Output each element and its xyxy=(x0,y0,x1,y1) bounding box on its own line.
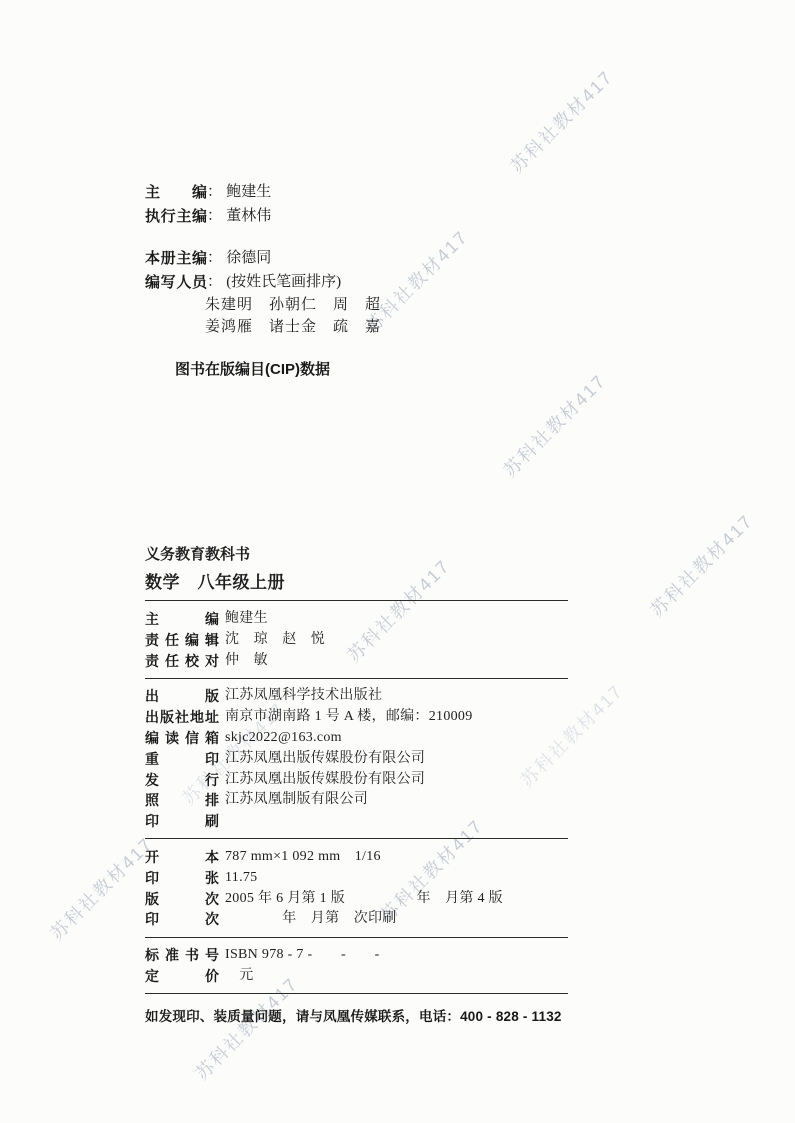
watermark: 苏科社教材417 xyxy=(504,64,619,179)
table-row: 标准书号 ISBN 978 - 7 - - - xyxy=(145,945,568,966)
row-value: 年 月第 次印刷 xyxy=(225,909,397,930)
row-value: (按姓氏笔画排序) xyxy=(226,274,341,290)
row-label: 出版社地址 xyxy=(145,707,219,728)
row-label: 发行 xyxy=(145,770,219,791)
table-row: 发行 江苏凤凰出版传媒股份有限公司 xyxy=(145,770,568,791)
row-label: 本册主编 xyxy=(145,247,207,270)
row-value: 江苏凤凰出版传媒股份有限公司 xyxy=(225,749,425,770)
chief-editor-row: 主编： 鲍建生 xyxy=(145,180,565,204)
row-value: 元 xyxy=(225,966,254,987)
row-label: 标准书号 xyxy=(145,945,219,966)
book-title: 数学 八年级上册 xyxy=(145,573,568,593)
printing-section: 开本 787 mm×1 092 mm 1/16 印张 11.75 版次 2005… xyxy=(145,839,568,937)
volume-editor-row: 本册主编： 徐德同 xyxy=(145,246,565,270)
row-label: 主编 xyxy=(145,609,219,630)
row-label: 照排 xyxy=(145,790,219,811)
front-credits-block: 主编： 鲍建生 执行主编： 董林伟 本册主编： 徐德同 编写人员： (按姓氏笔画… xyxy=(145,180,565,381)
table-row: 出版社地址 南京市湖南路 1 号 A 楼，邮编：210009 xyxy=(145,707,568,728)
table-row: 责任校对 仲 敏 xyxy=(145,651,568,672)
row-value: 江苏凤凰出版传媒股份有限公司 xyxy=(225,770,425,791)
watermark: 苏科社教材417 xyxy=(644,508,759,623)
row-value: 鲍建生 xyxy=(225,609,268,630)
quality-notice: 如发现印、装质量问题，请与凤凰传媒联系，电话：400 - 828 - 1132 xyxy=(145,1005,568,1025)
row-label: 编读信箱 xyxy=(145,728,219,749)
writer-names-line: 朱建明 孙朝仁 周 超 xyxy=(145,294,565,316)
label-colon: ： xyxy=(207,207,222,224)
label-colon: ： xyxy=(207,249,222,266)
row-value: 2005 年 6 月第 1 版 年 月第 4 版 xyxy=(225,889,503,910)
executive-editor-row: 执行主编： 董林伟 xyxy=(145,204,565,228)
row-value: 江苏凤凰制版有限公司 xyxy=(225,790,368,811)
row-label: 定价 xyxy=(145,966,219,987)
table-row: 定价 元 xyxy=(145,966,568,987)
row-value: ISBN 978 - 7 - - - xyxy=(225,945,380,966)
row-value: 董林伟 xyxy=(226,208,271,224)
row-label: 出版 xyxy=(145,686,219,707)
scanned-colophon-page: 苏科社教材417 苏科社教材417 苏科社教材417 苏科社教材417 苏科社教… xyxy=(0,0,795,1123)
row-value: 787 mm×1 092 mm 1/16 xyxy=(225,847,381,868)
row-label: 重印 xyxy=(145,749,219,770)
row-label: 印次 xyxy=(145,909,219,930)
table-row: 出版 江苏凤凰科学技术出版社 xyxy=(145,686,568,707)
publishing-section: 出版 江苏凤凰科学技术出版社 出版社地址 南京市湖南路 1 号 A 楼，邮编：2… xyxy=(145,679,568,838)
table-row: 印刷 xyxy=(145,811,568,832)
row-value: 仲 敏 xyxy=(225,651,268,672)
writers-row: 编写人员： (按姓氏笔画排序) xyxy=(145,270,565,294)
table-row: 版次 2005 年 6 月第 1 版 年 月第 4 版 xyxy=(145,889,568,910)
row-value: 徐德同 xyxy=(226,250,271,266)
isbn-section: 标准书号 ISBN 978 - 7 - - - 定价 元 xyxy=(145,938,568,993)
row-value: 江苏凤凰科学技术出版社 xyxy=(225,686,382,707)
row-label: 责任编辑 xyxy=(145,630,219,651)
row-label: 责任校对 xyxy=(145,651,219,672)
row-label: 执行主编 xyxy=(145,205,207,228)
spacer xyxy=(145,228,565,246)
colophon-block: 义务教育教科书 数学 八年级上册 主编 鲍建生 责任编辑 沈 琼 赵 悦 责任校… xyxy=(145,546,568,1025)
cip-note: 图书在版编目(CIP)数据 xyxy=(175,358,565,381)
table-row: 重印 江苏凤凰出版传媒股份有限公司 xyxy=(145,749,568,770)
row-label: 开本 xyxy=(145,847,219,868)
table-row: 开本 787 mm×1 092 mm 1/16 xyxy=(145,847,568,868)
row-label: 主编 xyxy=(145,181,207,204)
row-value: 鲍建生 xyxy=(226,184,271,200)
watermark: 苏科社教材417 xyxy=(497,368,612,483)
row-label: 版次 xyxy=(145,889,219,910)
row-value: 沈 琼 赵 悦 xyxy=(225,630,325,651)
series-title: 义务教育教科书 xyxy=(145,546,568,564)
writer-names-line: 姜鸿雁 诸士金 疏 嘉 xyxy=(145,316,565,338)
table-row: 责任编辑 沈 琼 赵 悦 xyxy=(145,630,568,651)
row-value: 11.75 xyxy=(225,868,257,889)
divider-rule xyxy=(145,993,568,994)
row-label: 印刷 xyxy=(145,811,219,832)
row-label: 印张 xyxy=(145,868,219,889)
label-colon: ： xyxy=(207,183,222,200)
row-value: 南京市湖南路 1 号 A 楼，邮编：210009 xyxy=(225,707,473,728)
table-row: 印次 年 月第 次印刷 xyxy=(145,909,568,930)
label-colon: ： xyxy=(207,273,222,290)
table-row: 编读信箱 skjc2022@163.com xyxy=(145,728,568,749)
table-row: 印张 11.75 xyxy=(145,868,568,889)
table-row: 主编 鲍建生 xyxy=(145,609,568,630)
row-label: 编写人员 xyxy=(145,271,207,294)
editors-section: 主编 鲍建生 责任编辑 沈 琼 赵 悦 责任校对 仲 敏 xyxy=(145,601,568,678)
table-row: 照排 江苏凤凰制版有限公司 xyxy=(145,790,568,811)
watermark: 苏科社教材417 xyxy=(44,831,159,946)
row-value: skjc2022@163.com xyxy=(225,728,342,749)
